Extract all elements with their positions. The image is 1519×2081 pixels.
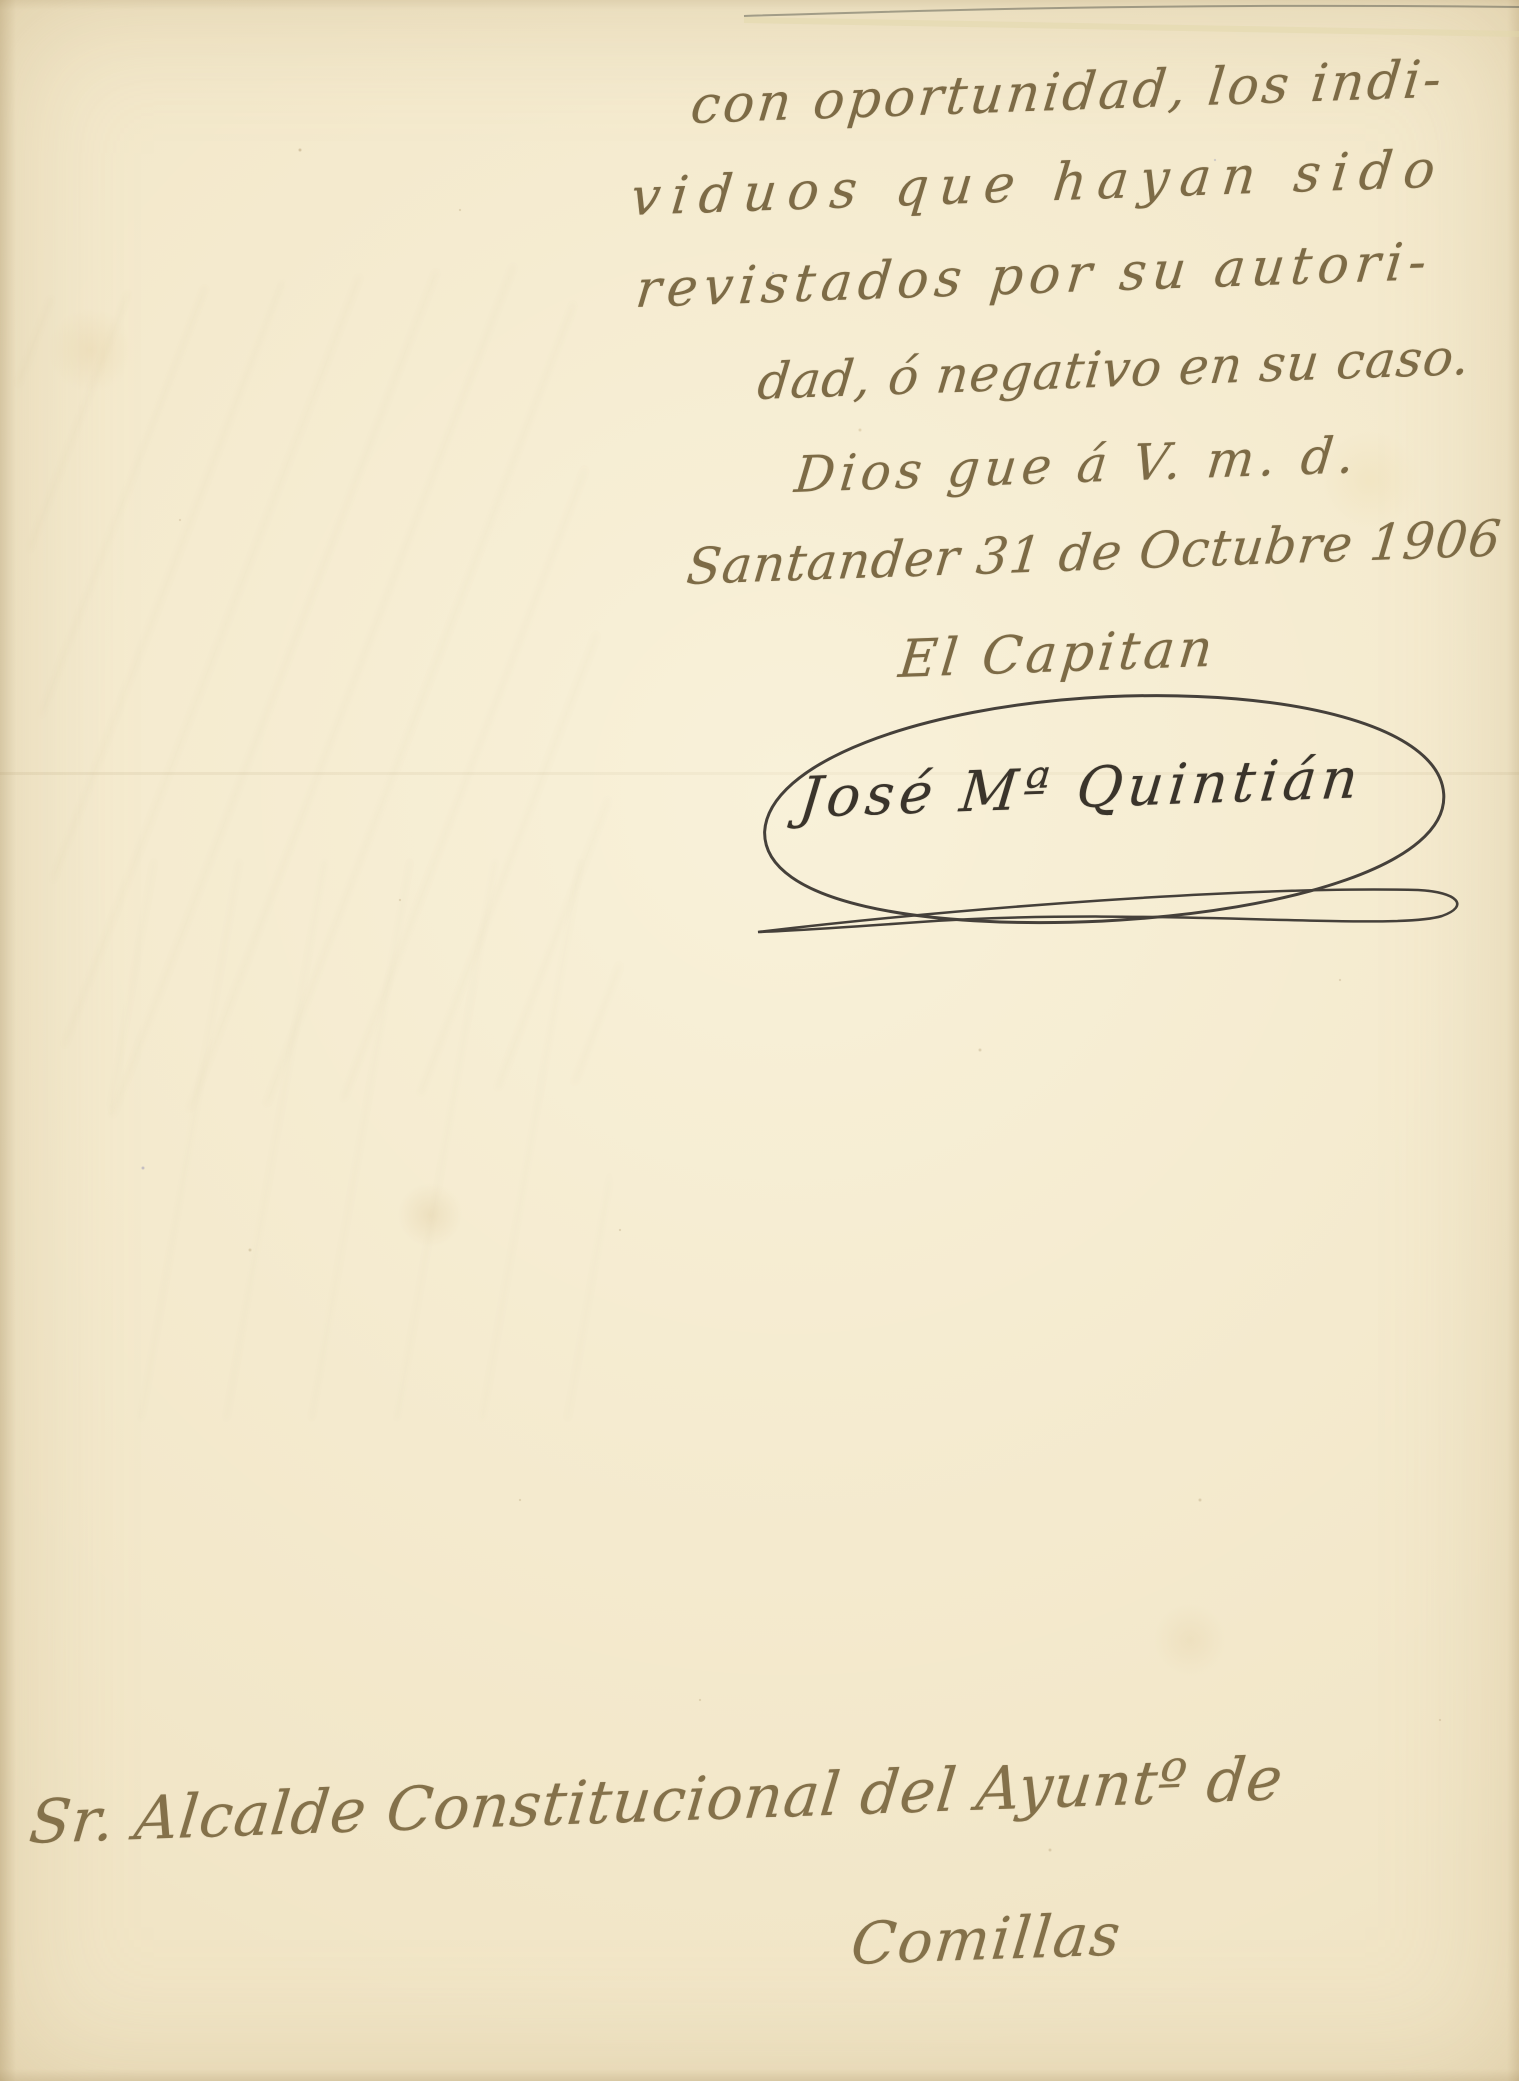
letter-line: dad, ó negativo en su caso. [755,328,1473,411]
ink-show-through [12,261,628,1118]
ink-show-through [110,860,610,1420]
letter-line: con oportunidad, los indi- [688,49,1447,136]
address-line-2: Comillas [848,1900,1125,1978]
valediction-line: Dios gue á V. m. d. [792,426,1362,504]
crease-stroke [744,6,1519,16]
letter-line: revistados por su autori- [633,232,1435,320]
date-line: Santander 31 de Octubre 1906 [684,509,1504,596]
signature-oval [730,680,1490,980]
letter-line: viduos que hayan sido [628,139,1449,228]
signature-flourish [758,890,1457,932]
crease-highlight [744,20,1519,34]
scanned-letter-page: con oportunidad, los indi- viduos que ha… [0,0,1519,2081]
address-line-1: Sr. Alcalde Constitucional del Ayuntº de [26,1744,1287,1858]
top-edge-crease [0,0,1519,60]
